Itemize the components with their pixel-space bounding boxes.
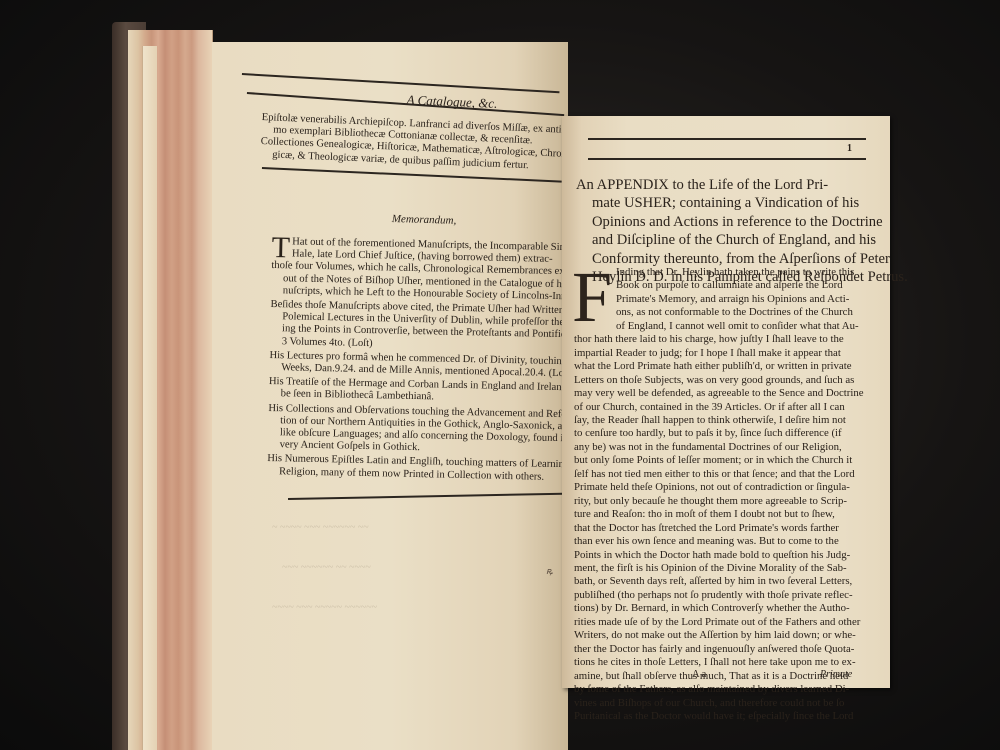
catchword: Primate — [820, 670, 852, 680]
body-line: Writers, do not make out the Aſſertion b… — [574, 629, 874, 642]
show-through-text: ~~~ ~~~~~~ ~~ ~~~~ — [282, 562, 371, 573]
body-line: Points in which the Doctor hath made bol… — [574, 549, 874, 562]
body-line: thor hath there laid to his charge, how … — [574, 333, 874, 346]
body-line: but only ſome Points of leſſer moment; o… — [574, 454, 874, 467]
body-line: vines and Biſhops of our Church, and the… — [574, 697, 874, 710]
body-line: ment, the firſt is his Opinion of the Di… — [574, 562, 874, 575]
title-line: and Diſcipline of the Church of England,… — [576, 231, 876, 249]
header-rule-bottom — [588, 158, 866, 160]
body-line: Inding that Dr. Heylin hath taken the pa… — [574, 266, 874, 279]
header-rule-top — [588, 138, 866, 140]
body-line: any be) was not in the fundamental Doctr… — [574, 441, 874, 454]
margin-mark: ꝶ — [546, 567, 553, 576]
left-page: A Catalogue, &c. Epiſtolæ venerabilis Ar… — [212, 42, 568, 750]
show-through-text: ~ ~~~~ ~~~ ~~~~~~ ~~ — [272, 522, 369, 533]
body-line: may very well be defended, as agreeable … — [574, 387, 874, 400]
body-line: bath, or Seventh days reſt, aſſerted by … — [574, 575, 874, 588]
body-line: ſelf has not tied men either to this or … — [574, 468, 874, 481]
body-line: ons, as not conformable to the Doctrines… — [574, 306, 874, 319]
book-page-edges — [128, 30, 213, 750]
appendix-body: Inding that Dr. Heylin hath taken the pa… — [574, 266, 874, 723]
body-line: ture and Reaſon: tho in moſt of them I d… — [574, 508, 874, 521]
catalogue-entries: Epiſtolæ venerabilis Archiepiſcop. Lanfr… — [260, 112, 562, 173]
body-line: to cenſure too hardly, but to paſs it by… — [574, 427, 874, 440]
title-line: An APPENDIX to the Life of the Lord Pri- — [576, 176, 876, 194]
body-line: by ſome of the Fathers, as alſo maintain… — [574, 683, 874, 696]
show-through-text: ~~~~ ~~~ ~~~~~ ~~~~~~ — [272, 602, 377, 613]
body-line: rities made uſe of by the Lord Primate o… — [574, 616, 874, 629]
body-line: than ever his own ſence and meaning was.… — [574, 535, 874, 548]
body-line: publiſhed (tho perhaps not ſo prudently … — [574, 589, 874, 602]
body-line: tions he cites in thoſe Letters, I ſhall… — [574, 656, 874, 669]
memorandum-heading: Memorandum, — [392, 214, 457, 227]
body-line: ther the Doctor has fairly and ingenuouſ… — [574, 643, 874, 656]
signature-mark: A a — [692, 670, 706, 681]
title-line: mate USHER; containing a Vindication of … — [576, 194, 876, 212]
running-header: A Catalogue, &c. — [406, 93, 497, 110]
body-line: what the Lord Primate hath either publiſ… — [574, 360, 874, 373]
body-line: that the Doctor has ſtretched the Lord P… — [574, 522, 874, 535]
body-line: of our Church, contained in the 39 Artic… — [574, 401, 874, 414]
end-rule — [288, 493, 563, 500]
body-line: Book on purpoſe to callumniate and aſper… — [574, 279, 874, 292]
page-number: 1 — [847, 144, 852, 154]
body-line: of England, I cannot well omit to conſid… — [574, 320, 874, 333]
body-line: Letters on thoſe Subjects, was on very g… — [574, 374, 874, 387]
body-line: ſay, the Reader ſhall happen to think ot… — [574, 414, 874, 427]
body-line: rity, but only becauſe he thought them m… — [574, 495, 874, 508]
body-line: tions) by Dr. Bernard, in which Controve… — [574, 602, 874, 615]
body-line: Puritanical as the Doctor would have it;… — [574, 710, 874, 723]
body-line: impartial Reader to judg; for I hope I ſ… — [574, 347, 874, 360]
body-line: Primate held theſe Opinions, not out of … — [574, 481, 874, 494]
body-line: Primate's Memory, and arraign his Opinio… — [574, 293, 874, 306]
header-rule-top — [242, 73, 560, 93]
title-line: Opinions and Actions in reference to the… — [576, 213, 876, 231]
drop-cap: T — [272, 237, 291, 259]
right-page: 1 An APPENDIX to the Life of the Lord Pr… — [562, 116, 890, 688]
memorandum-body: T Hat out of the forementioned Manuſcrip… — [267, 236, 572, 484]
